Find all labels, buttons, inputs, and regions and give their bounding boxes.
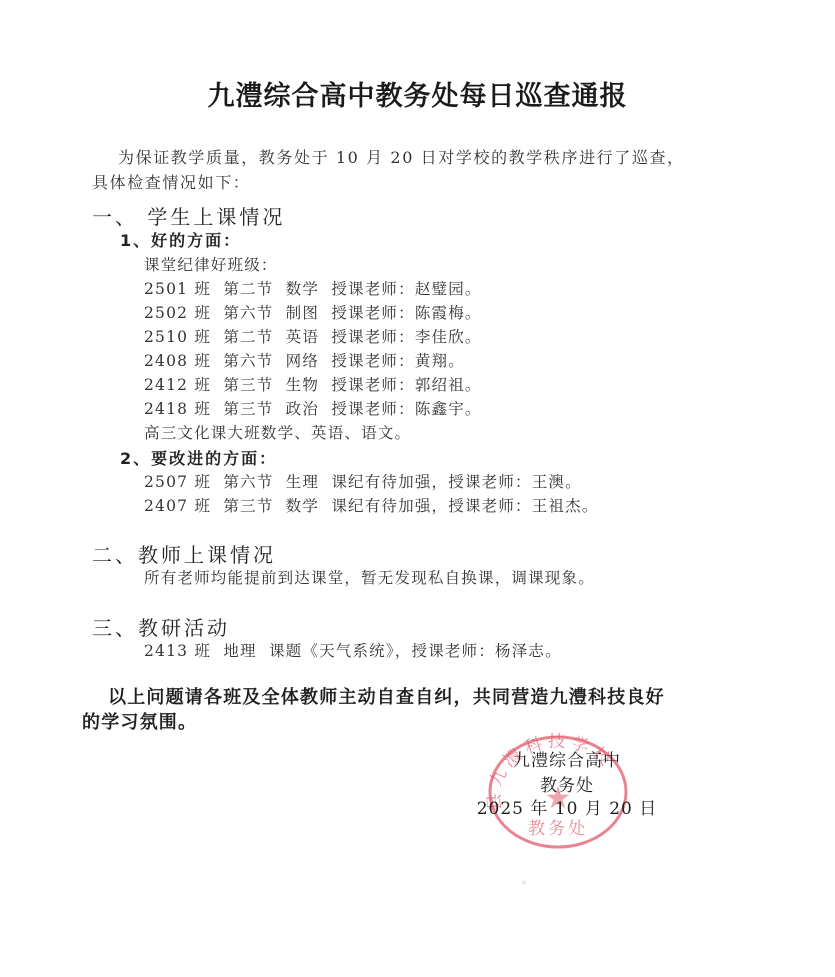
- intro-line-1: 为保证教学质量，教务处于 10 月 20 日对学校的教学秩序进行了巡查，: [118, 145, 685, 168]
- list-item: 2413 班 地理 课题《天气系统》，授课老师：杨泽志。: [144, 639, 562, 661]
- good-classes-lead: 课堂纪律好班级：: [144, 253, 278, 275]
- list-item: 2408 班 第六节 网络 授课老师：黄翔。: [144, 349, 465, 371]
- list-item: 2510 班 第二节 英语 授课老师：李佳欣。: [144, 325, 482, 347]
- list-item: 2501 班 第二节 数学 授课老师：赵璧园。: [144, 277, 482, 299]
- section-heading-students: 一、 学生上课情况: [92, 201, 285, 230]
- seal-center-text: 教务处: [528, 819, 588, 839]
- closing-line-2: 的学习氛围。: [82, 708, 197, 734]
- signature-dept: 教务处: [497, 771, 637, 796]
- subsection-heading-improve: 2、要改进的方面：: [120, 446, 277, 469]
- list-item: 2507 班 第六节 生理 课纪有待加强，授课老师：王澳。: [144, 470, 582, 492]
- document-page: 九澧综合高中教务处每日巡查通报 为保证教学质量，教务处于 10 月 20 日对学…: [0, 0, 835, 977]
- list-item: 2407 班 第三节 数学 课纪有待加强，授课老师：王祖杰。: [144, 494, 599, 516]
- signature-date: 2025 年 10 月 20 日: [474, 794, 660, 819]
- document-title: 九澧综合高中教务处每日巡查通报: [0, 74, 835, 113]
- closing-line-1: 以上问题请各班及全体教师主动自查自纠，共同营造九澧科技良好: [108, 683, 665, 709]
- list-item: 2502 班 第六节 制图 授课老师：陈霞梅。: [144, 301, 482, 323]
- signature-org: 九澧综合高中: [497, 746, 637, 771]
- list-item: 2412 班 第三节 生物 授课老师：郭绍祖。: [144, 373, 482, 395]
- list-item: 2418 班 第三节 政治 授课老师：陈鑫宇。: [144, 397, 482, 419]
- scan-speck: ◦: [521, 878, 527, 889]
- section-heading-research: 三、教研活动: [92, 612, 230, 641]
- section-heading-teachers: 二、教师上课情况: [92, 539, 276, 568]
- intro-line-2: 具体检查情况如下：: [92, 170, 250, 193]
- list-item: 高三文化课大班数学、英语、语文。: [144, 421, 411, 443]
- list-item: 所有老师均能提前到达课堂，暂无发现私自换课，调课现象。: [144, 566, 595, 588]
- subsection-heading-good: 1、好的方面：: [120, 228, 241, 251]
